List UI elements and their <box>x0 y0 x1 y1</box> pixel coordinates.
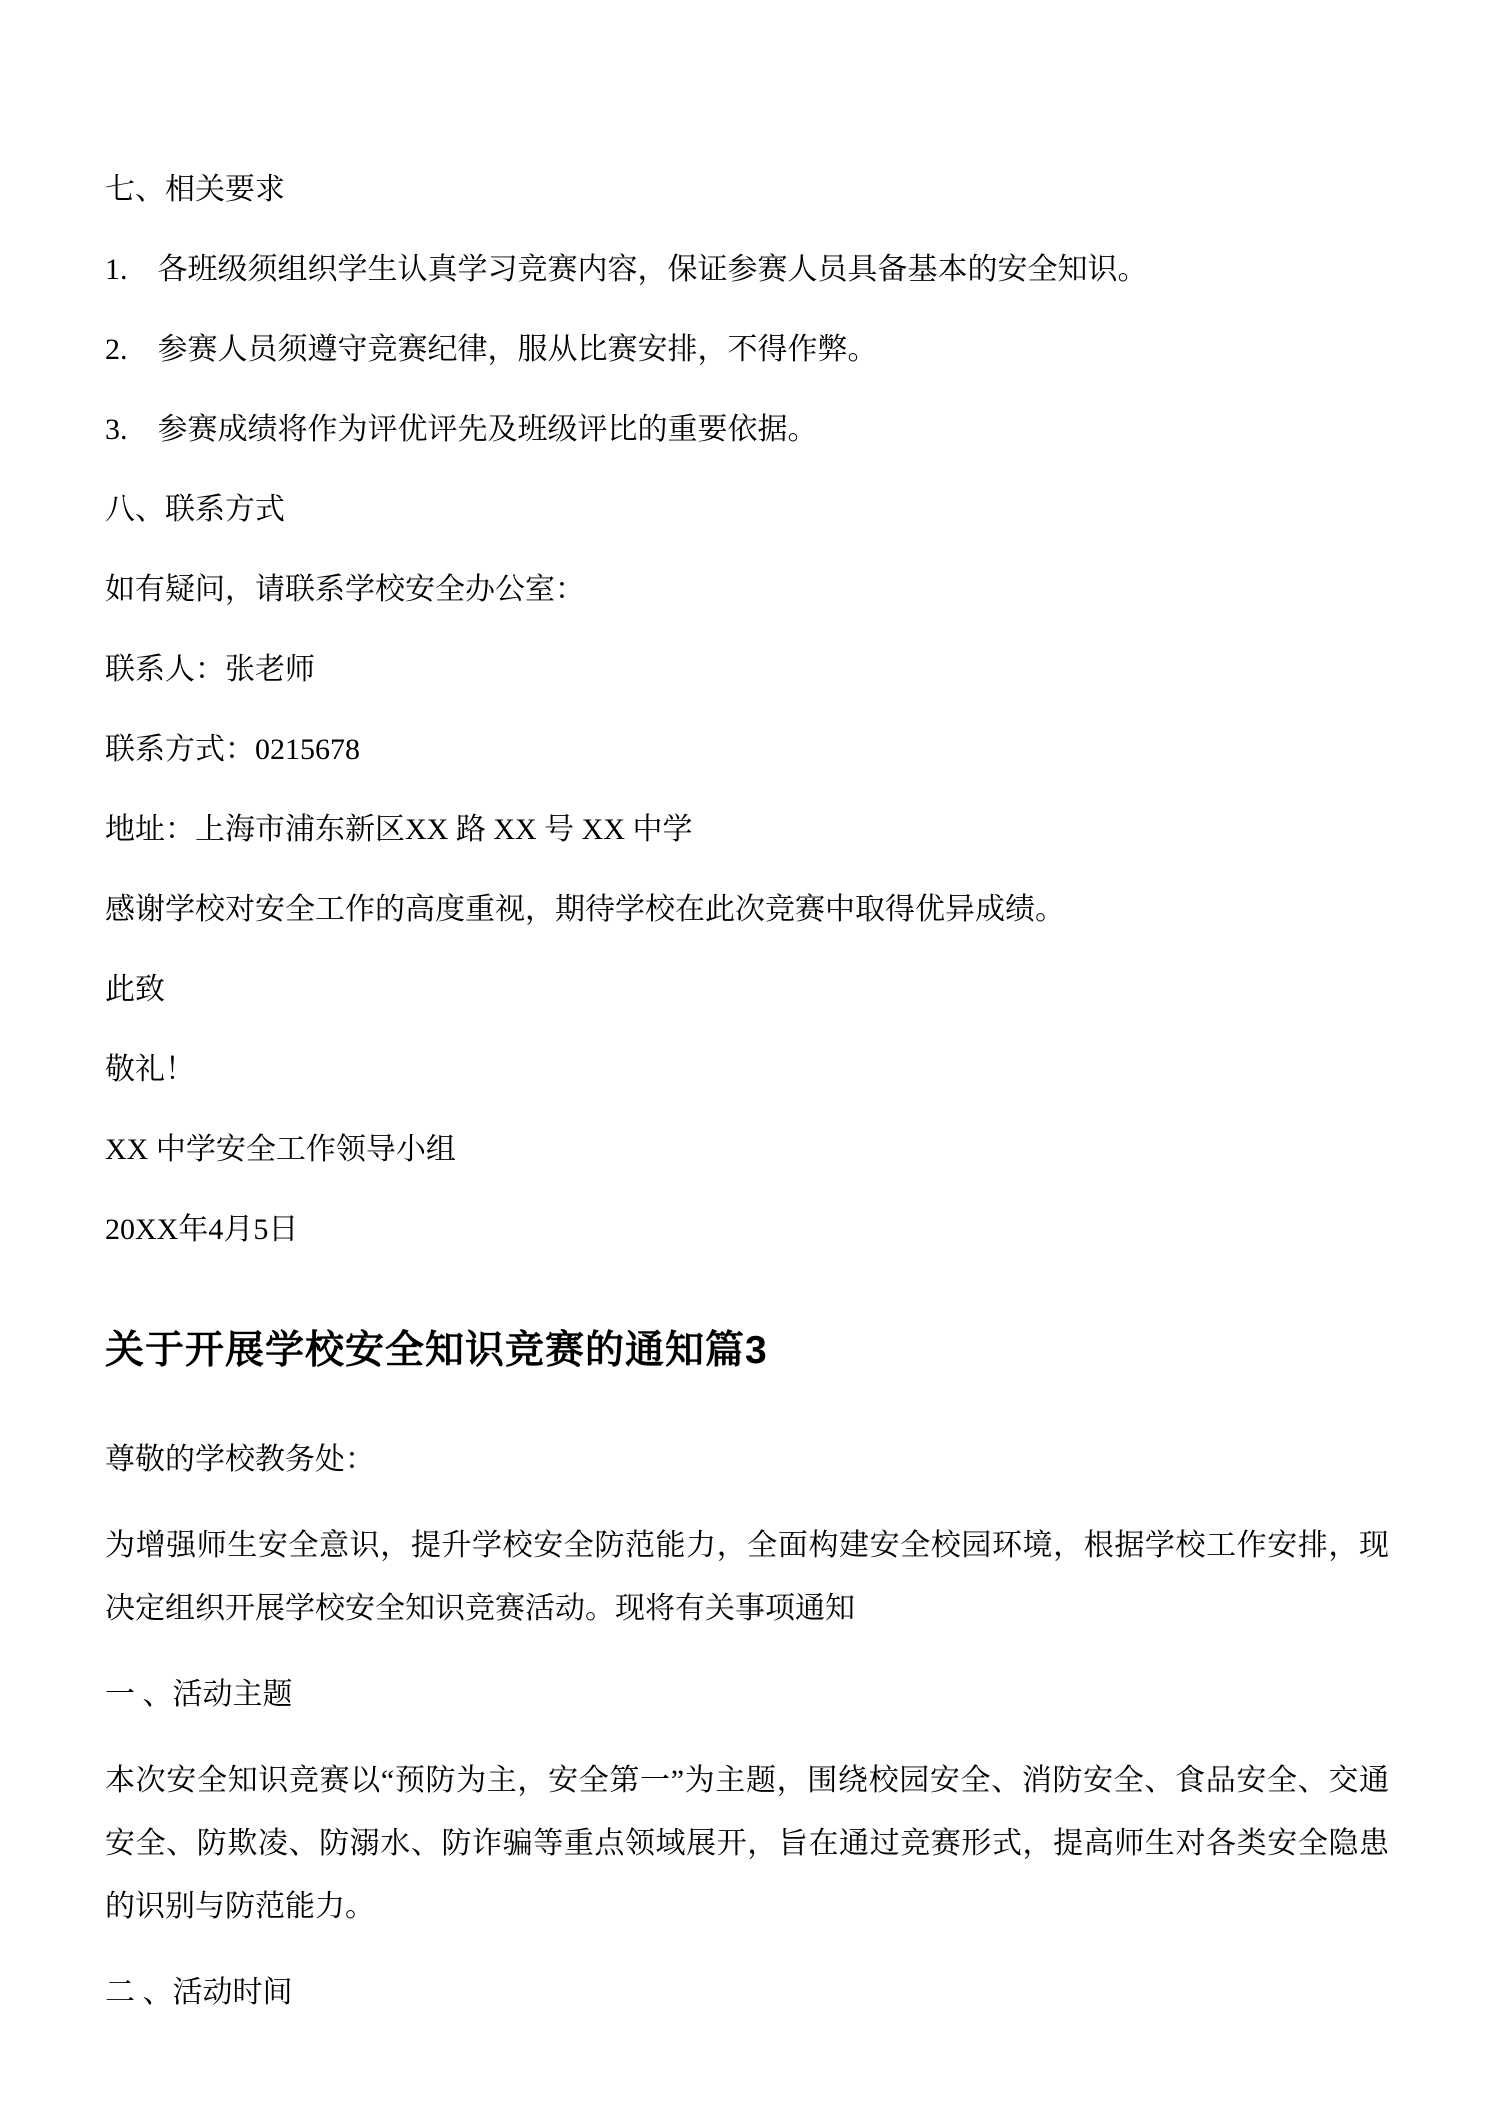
notice3-title: 关于开展学校安全知识竞赛的通知篇3 <box>105 1331 1389 1371</box>
date-line: 20XX年4月5日 <box>105 1214 1389 1245</box>
document-page: 七、相关要求 1. 各班级须组织学生认真学习竞赛内容，保证参赛人员具备基本的安全… <box>0 0 1493 2112</box>
thanks-line: 感谢学校对安全工作的高度重视，期待学校在此次竞赛中取得优异成绩。 <box>105 894 1389 925</box>
contact-phone-line: 联系方式：0215678 <box>105 734 1389 765</box>
theme-paragraph: 本次安全知识竞赛以“预防为主，安全第一”为主题，围绕校园安全、消防安全、食品安全… <box>105 1749 1389 1938</box>
requirement-item-1: 1. 各班级须组织学生认真学习竞赛内容，保证参赛人员具备基本的安全知识。 <box>105 254 1389 285</box>
section-heading-contact: 八、联系方式 <box>105 494 1389 525</box>
section-heading-theme: 一 、活动主题 <box>105 1663 1389 1726</box>
requirement-item-3: 3. 参赛成绩将作为评优评先及班级评比的重要依据。 <box>105 414 1389 445</box>
notice2-tail-section: 七、相关要求 1. 各班级须组织学生认真学习竞赛内容，保证参赛人员具备基本的安全… <box>105 174 1389 1245</box>
section-heading-time: 二 、活动时间 <box>105 1961 1389 2024</box>
signature-line: XX 中学安全工作领导小组 <box>105 1134 1389 1165</box>
closing-salute: 敬礼！ <box>105 1054 1389 1085</box>
requirement-item-2: 2. 参赛人员须遵守竞赛纪律，服从比赛安排，不得作弊。 <box>105 334 1389 365</box>
intro-paragraph: 为增强师生安全意识，提升学校安全防范能力，全面构建安全校园环境，根据学校工作安排… <box>105 1514 1389 1640</box>
notice3-body-section: 尊敬的学校教务处： 为增强师生安全意识，提升学校安全防范能力，全面构建安全校园环… <box>105 1428 1389 2024</box>
section-heading-requirements: 七、相关要求 <box>105 174 1389 205</box>
contact-intro-line: 如有疑问，请联系学校安全办公室： <box>105 574 1389 605</box>
contact-person-line: 联系人：张老师 <box>105 654 1389 685</box>
salutation-line: 尊敬的学校教务处： <box>105 1428 1389 1491</box>
contact-address-line: 地址：上海市浦东新区XX 路 XX 号 XX 中学 <box>105 814 1389 845</box>
closing-cizhi: 此致 <box>105 974 1389 1005</box>
